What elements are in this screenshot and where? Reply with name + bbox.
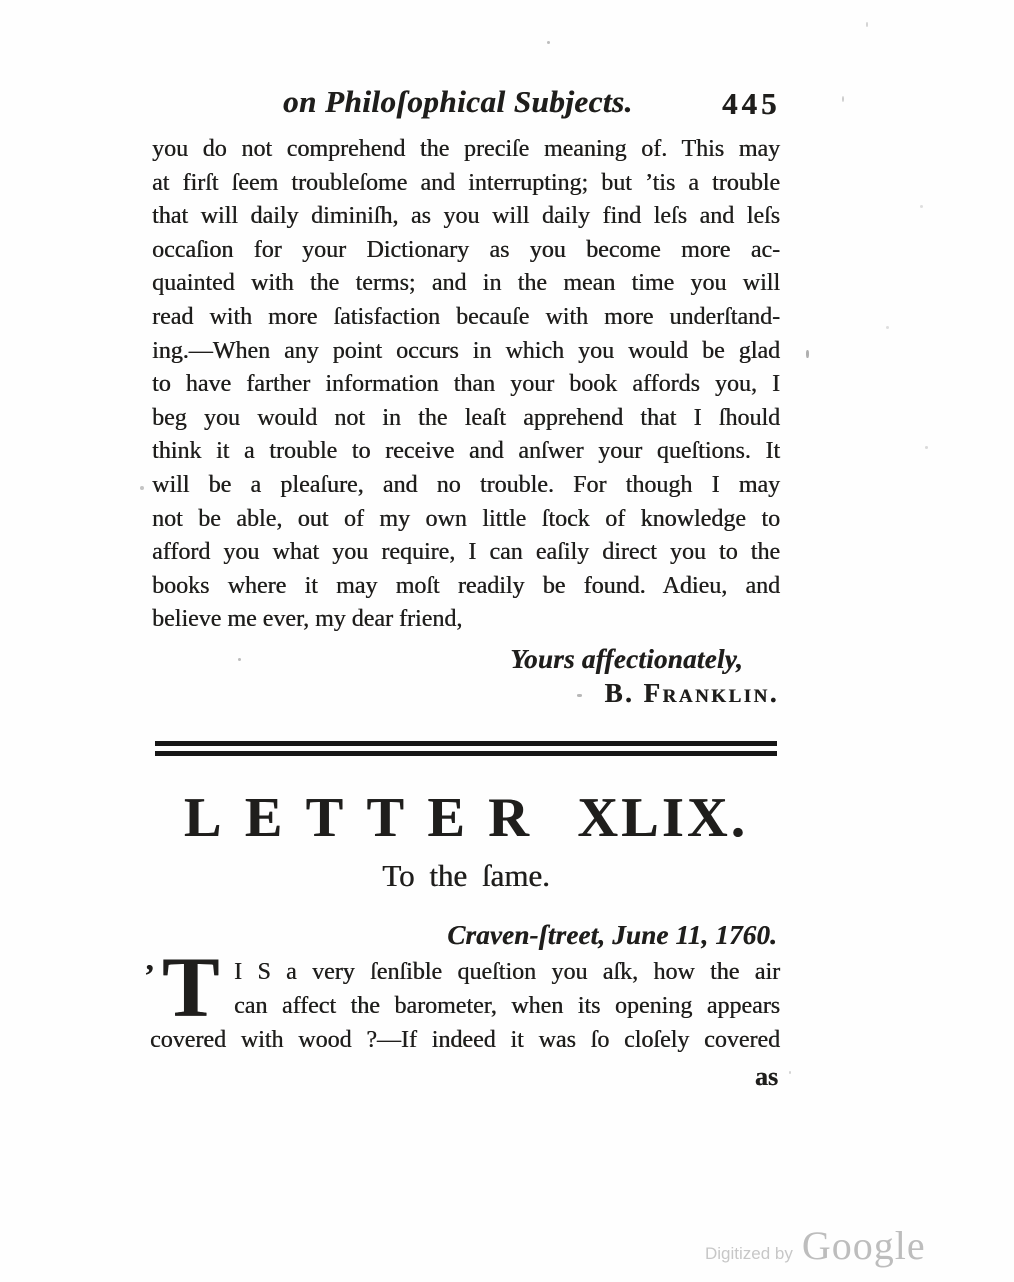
text-line: afford you what you require, I can eaſil… xyxy=(152,536,780,570)
text-line-content: not be able, out of my own little ſtock … xyxy=(152,506,780,532)
text-line-content: believe me ever, my dear friend, xyxy=(152,606,462,632)
letter-heading: LETTERXLIX. xyxy=(152,790,780,846)
scan-speck xyxy=(866,22,868,27)
text-line: that will daily diminiſh, as you will da… xyxy=(152,200,780,234)
scan-speck xyxy=(920,205,923,208)
dateline: Craven-ſtreet, June 11, 1760. xyxy=(447,920,777,951)
text-line-content: you do not comprehend the preciſe meanin… xyxy=(152,136,780,162)
catchword: as xyxy=(755,1062,778,1092)
scan-speck xyxy=(789,1071,791,1074)
scan-speck xyxy=(238,658,241,661)
letter-subheading: To the ſame. xyxy=(152,858,780,894)
text-line: at firſt ſeem troubleſome and interrupti… xyxy=(152,167,780,201)
text-line-content: that will daily diminiſh, as you will da… xyxy=(152,203,780,229)
letter-xlviii-body: you do not comprehend the preciſe meanin… xyxy=(152,133,780,637)
scan-speck xyxy=(140,486,144,490)
scan-speck xyxy=(842,96,844,102)
text-line: you do not comprehend the preciſe meanin… xyxy=(152,133,780,167)
letter-heading-word: LETTER xyxy=(184,787,552,849)
dropcap-apostrophe: ’ xyxy=(144,957,155,994)
text-line-content: can affect the barometer, when its openi… xyxy=(234,993,780,1019)
book-page: on Philoſophical Subjects. 445 you do no… xyxy=(0,0,1014,1282)
text-line: not be able, out of my own little ſtock … xyxy=(152,503,780,537)
text-line-content: books where it may moſt readily be found… xyxy=(152,573,780,599)
dropcap-letter: T xyxy=(162,955,219,1019)
running-title: on Philoſophical Subjects. xyxy=(283,84,633,120)
text-line-content: beg you would not in the leaſt apprehend… xyxy=(152,405,780,431)
text-line: occaſion for your Dictionary as you beco… xyxy=(152,234,780,268)
digitized-by-label: Digitized by xyxy=(705,1244,793,1264)
google-logo: Google xyxy=(802,1222,926,1269)
text-line-content: ing.—When any point occurs in which you … xyxy=(152,338,780,364)
text-line: I S a very ſenſible queſtion you aſk, ho… xyxy=(234,955,780,989)
text-line: books where it may moſt readily be found… xyxy=(152,570,780,604)
scan-speck xyxy=(547,41,550,44)
text-line: to have farther information than your bo… xyxy=(152,368,780,402)
text-line: ing.—When any point occurs in which you … xyxy=(152,335,780,369)
text-line: believe me ever, my dear friend, xyxy=(152,603,780,637)
text-line: will be a pleaſure, and no trouble. For … xyxy=(152,469,780,503)
text-line-content: quainted with the terms; and in the mean… xyxy=(152,270,780,296)
text-line-content: read with more ſatisfaction becauſe with… xyxy=(152,304,780,330)
text-line: covered with wood ?—If indeed it was ſo … xyxy=(150,1023,780,1057)
page-number: 445 xyxy=(722,86,781,122)
scan-speck xyxy=(925,446,928,449)
letter-heading-numeral: XLIX. xyxy=(577,787,748,849)
text-line: think it a trouble to receive and anſwer… xyxy=(152,435,780,469)
letter-xlix-body: ’ T I S a very ſenſible queſtion you aſk… xyxy=(150,955,780,1057)
text-line-content: think it a trouble to receive and anſwer… xyxy=(152,438,780,464)
text-line-content: afford you what you require, I can eaſil… xyxy=(152,539,780,565)
valediction: Yours affectionately, xyxy=(510,644,743,675)
text-line: beg you would not in the leaſt apprehend… xyxy=(152,402,780,436)
text-line-content: to have farther information than your bo… xyxy=(152,371,780,397)
signature: B. Franklin. xyxy=(605,678,779,709)
scan-speck xyxy=(806,350,809,358)
scan-speck xyxy=(886,326,889,329)
google-watermark: Digitized by Google xyxy=(705,1222,926,1269)
text-line-content: occaſion for your Dictionary as you beco… xyxy=(152,237,780,263)
text-line-content: I S a very ſenſible queſtion you aſk, ho… xyxy=(234,959,780,985)
section-divider-rule xyxy=(155,741,777,756)
text-line: quainted with the terms; and in the mean… xyxy=(152,267,780,301)
text-line: read with more ſatisfaction becauſe with… xyxy=(152,301,780,335)
text-line: can affect the barometer, when its openi… xyxy=(234,989,780,1023)
text-line-content: will be a pleaſure, and no trouble. For … xyxy=(152,472,780,498)
text-line-content: at firſt ſeem troubleſome and interrupti… xyxy=(152,170,780,196)
scan-speck xyxy=(577,694,582,697)
text-line-content: covered with wood ?—If indeed it was ſo … xyxy=(150,1027,780,1053)
